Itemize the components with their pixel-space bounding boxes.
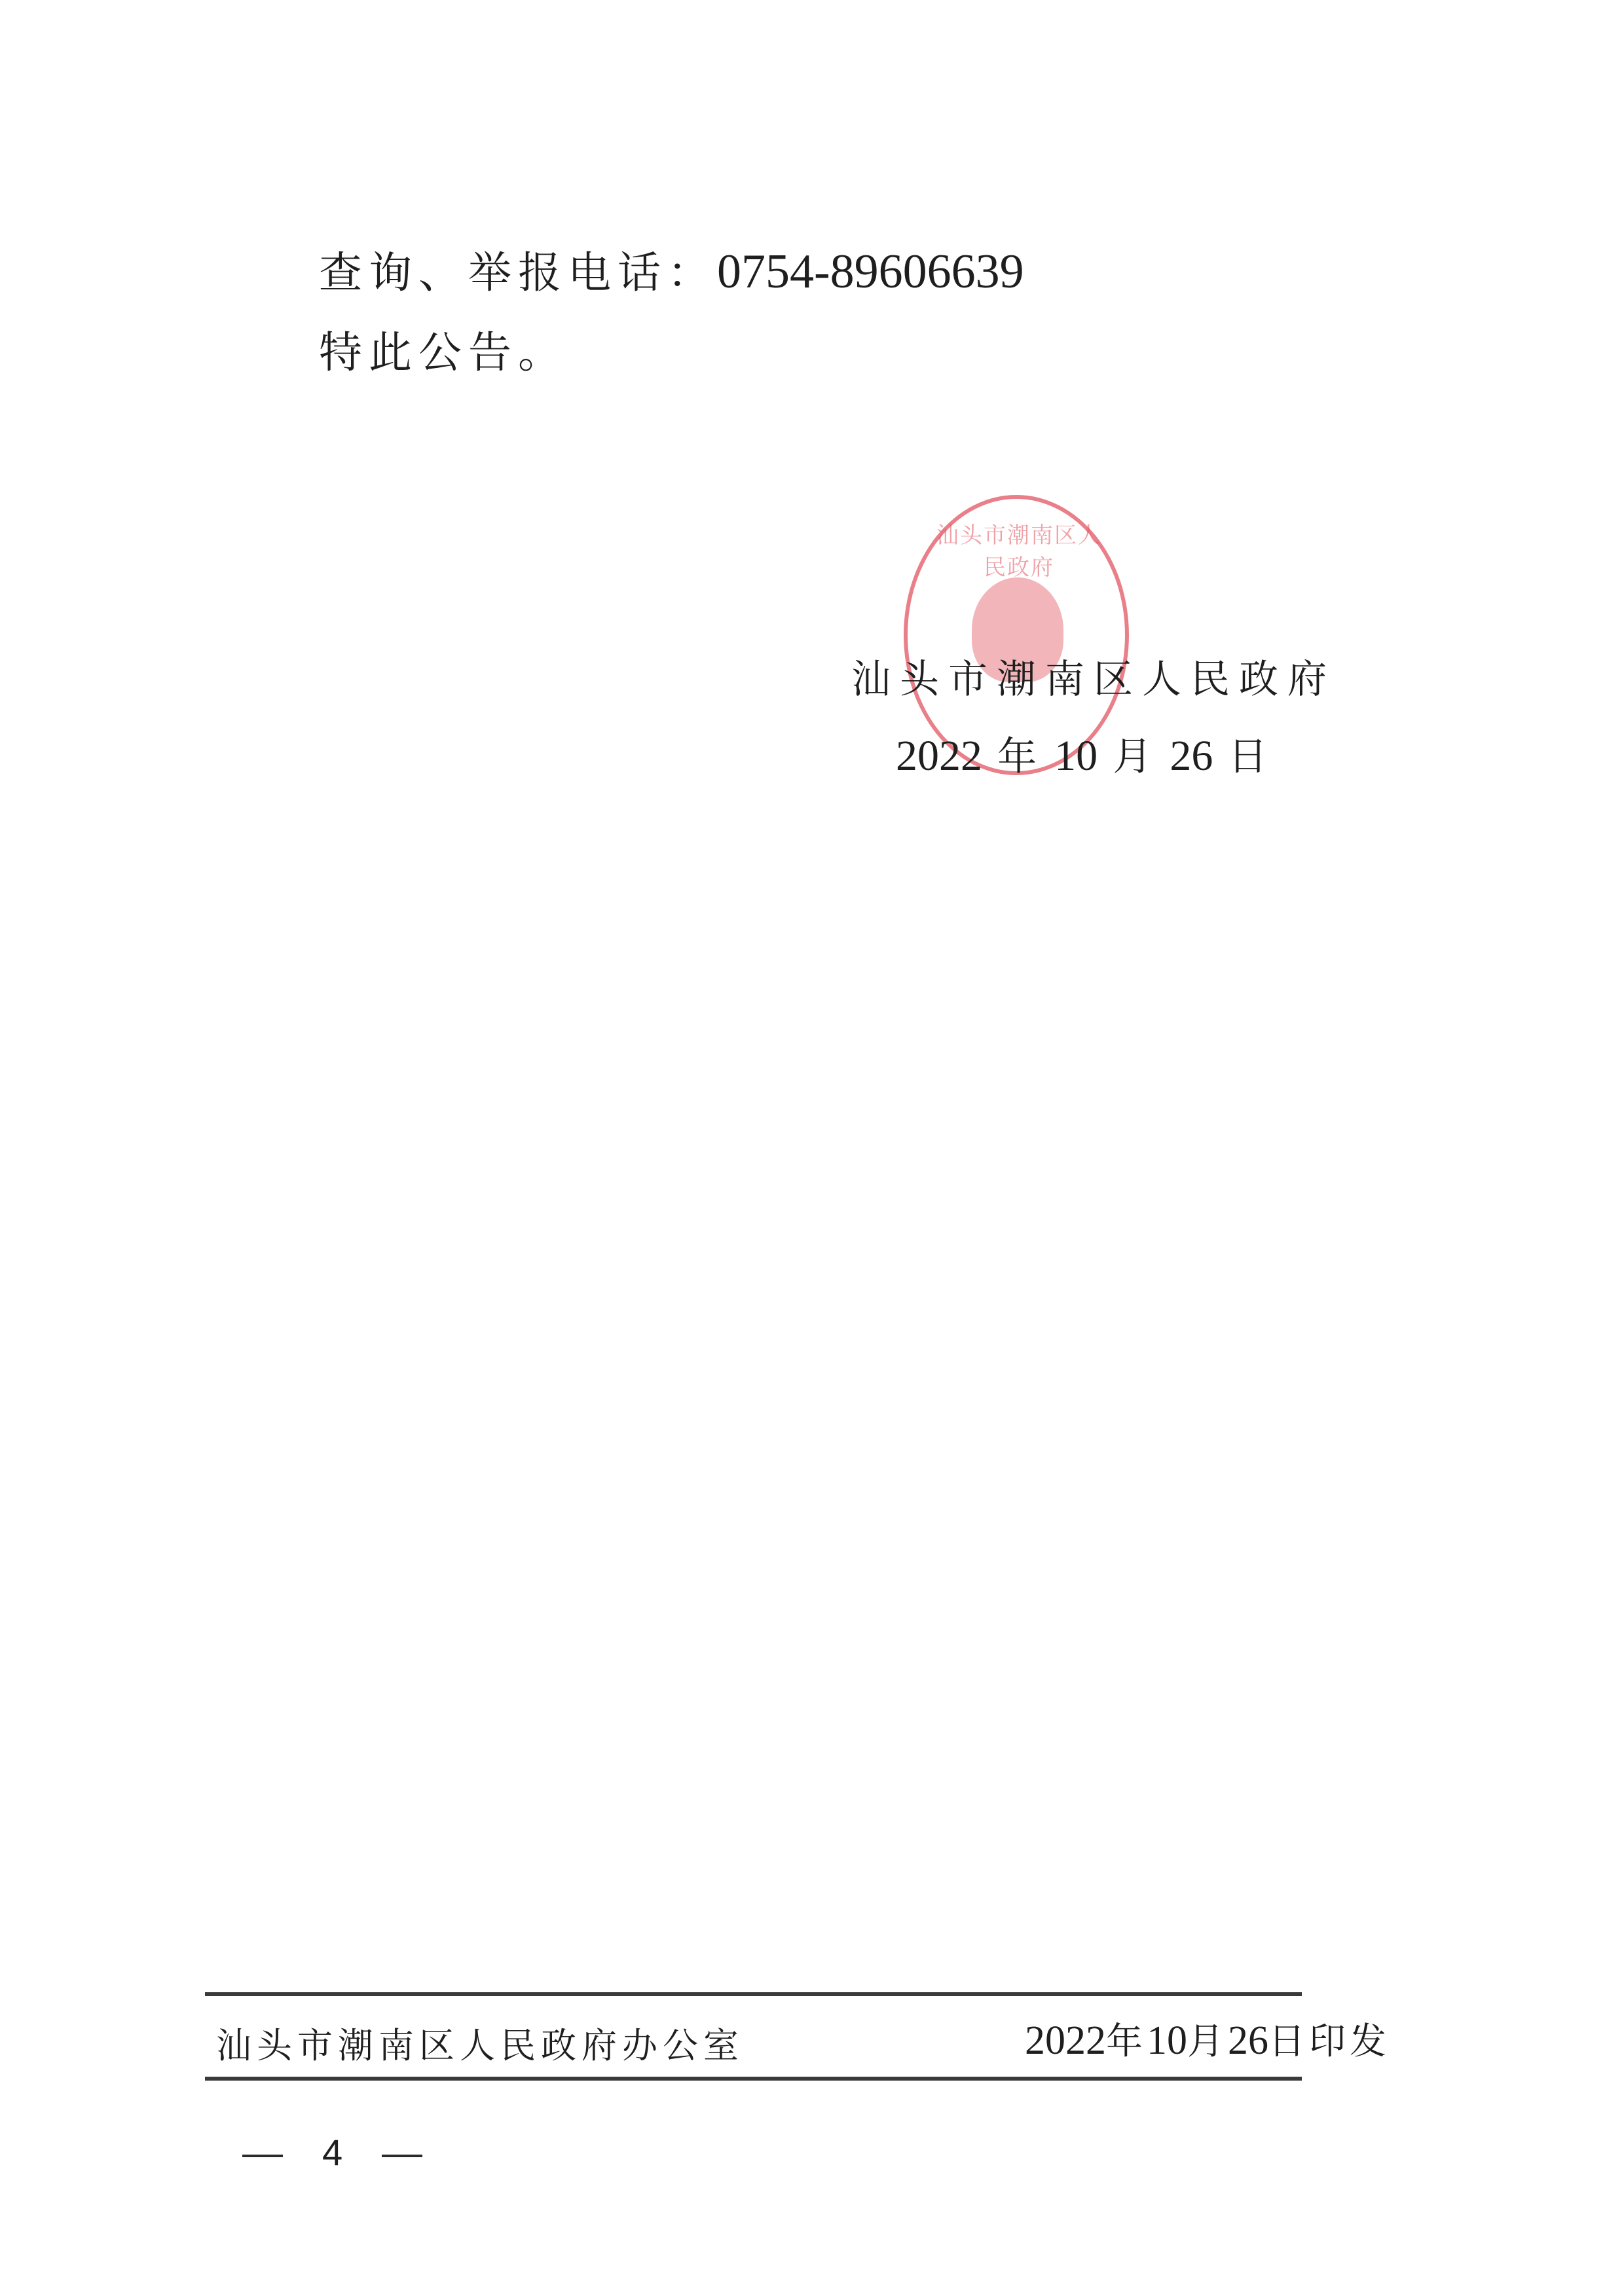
dash-right	[382, 2155, 422, 2157]
footer-rule-bottom	[205, 2077, 1302, 2081]
seal-text: 汕头市潮南区人民政府	[934, 517, 1104, 581]
footer-issue-date: 2022年10月26日印发	[1025, 2013, 1390, 2065]
page-number: 4	[242, 2131, 422, 2174]
dash-left	[242, 2155, 283, 2157]
signature-organization: 汕头市潮南区人民政府	[851, 648, 1336, 704]
contact-phone: 0754-89606639	[717, 245, 1024, 299]
contact-line: 查询、举报电话：0754-89606639	[319, 247, 1024, 296]
footer-issuer: 汕头市潮南区人民政府办公室	[216, 2018, 744, 2068]
contact-label: 查询、举报电话：	[319, 247, 717, 298]
closing-line: 特此公告。	[319, 331, 568, 374]
footer-rule-top	[205, 1992, 1302, 1996]
signature-date: 2022 年 10 月 26 日	[896, 725, 1270, 782]
